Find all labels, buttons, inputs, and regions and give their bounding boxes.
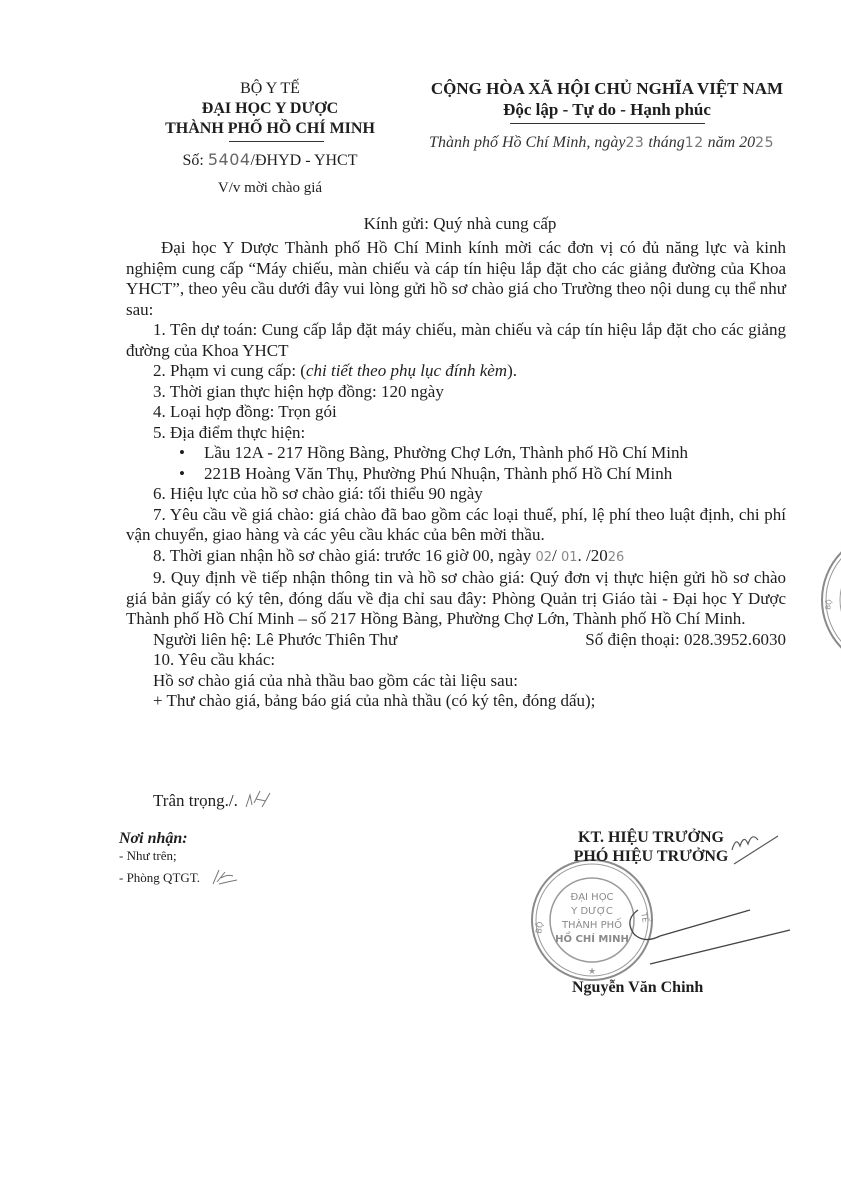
signer-name: Nguyễn Văn Chinh <box>572 979 703 997</box>
seal-line: HỒ CHÍ MINH <box>555 930 629 945</box>
deadline-month: 01 <box>561 550 578 565</box>
contact-row: Người liên hệ: Lê Phước Thiên Thư Số điệ… <box>126 630 786 651</box>
recipient-item: - Phòng QTGT. <box>119 864 239 886</box>
date-month: 12 <box>685 135 704 151</box>
signatory-line2: PHÓ HIỆU TRƯỞNG <box>556 847 746 866</box>
national-motto: Độc lập - Tự do - Hạnh phúc <box>412 99 802 121</box>
document-subject: V/v mời chào giá <box>120 180 420 197</box>
closing-text: Trân trọng./. <box>153 791 238 810</box>
item-3: 3. Thời gian thực hiện hợp đồng: 120 ngà… <box>126 382 786 403</box>
initials-signature-icon <box>244 789 274 809</box>
deadline-year-hand: 26 <box>608 550 625 565</box>
date-year-hand: 25 <box>755 135 774 151</box>
recipient-item: - Như trên; <box>119 847 239 864</box>
seal-line: Y DƯỢC <box>570 906 613 917</box>
item-4: 4. Loại hợp đồng: Trọn gói <box>126 402 786 423</box>
partial-seal: BỘ TH HỒ <box>820 520 841 680</box>
item-8: 8. Thời gian nhận hồ sơ chào giá: trước … <box>126 546 786 569</box>
location-item: Lầu 12A - 217 Hồng Bàng, Phường Chợ Lớn,… <box>179 443 786 464</box>
item-2-suffix: ). <box>507 361 517 380</box>
item-8-prefix: 8. Thời gian nhận hồ sơ chào giá: trước … <box>153 546 531 565</box>
header-divider <box>229 141 324 142</box>
seal-line: THÀNH PHỐ <box>561 917 622 931</box>
recipients-block: Nơi nhận: - Như trên; - Phòng QTGT. <box>119 830 239 886</box>
university-name-line1: ĐẠI HỌC Y DƯỢC <box>120 99 420 119</box>
recipients-title: Nơi nhận: <box>119 830 239 847</box>
letter-body: Đại học Y Dược Thành phố Hồ Chí Minh kín… <box>126 238 786 712</box>
university-name-line2: THÀNH PHỐ HỒ CHÍ MINH <box>120 119 420 139</box>
document-number: Số: 5404/ĐHYD - YHCT <box>120 150 420 171</box>
item-9: 9. Quy định về tiếp nhận thông tin và hồ… <box>126 568 786 630</box>
item-1: 1. Tên dự toán: Cung cấp lắp đặt máy chi… <box>126 320 786 361</box>
seal-line: ĐẠI HỌC <box>570 892 613 903</box>
main-signature-icon <box>620 900 800 970</box>
date-day: 23 <box>626 135 645 151</box>
item-6: 6. Hiệu lực của hồ sơ chào giá: tối thiể… <box>126 484 786 505</box>
closing: Trân trọng./. <box>153 786 274 811</box>
item-2: 2. Phạm vi cung cấp: (chi tiết theo phụ … <box>126 361 786 382</box>
country-name: CỘNG HÒA XÃ HỘI CHỦ NGHĨA VIỆT NAM <box>412 78 802 99</box>
item-2-prefix: 2. Phạm vi cung cấp: ( <box>153 361 306 380</box>
svg-text:BỘ: BỘ <box>823 598 834 610</box>
signature-icon <box>730 826 780 866</box>
contact-person: Người liên hệ: Lê Phước Thiên Thư <box>153 630 397 651</box>
item-7: 7. Yêu cầu về giá chào: giá chào đã bao … <box>126 505 786 546</box>
number-suffix: /ĐHYD - YHCT <box>251 152 358 169</box>
location-list: Lầu 12A - 217 Hồng Bàng, Phường Chợ Lớn,… <box>126 443 786 484</box>
intro-paragraph: Đại học Y Dược Thành phố Hồ Chí Minh kín… <box>126 238 786 320</box>
deadline-year-prefix: /20 <box>586 546 608 565</box>
contact-phone: Số điện thoại: 028.3952.6030 <box>585 630 786 651</box>
salutation: Kính gửi: Quý nhà cung cấp <box>120 214 800 234</box>
motto-divider <box>510 123 705 124</box>
deadline-day: 02 <box>535 550 552 565</box>
number-handwritten: 5404 <box>208 150 251 169</box>
number-prefix: Số: <box>182 152 203 169</box>
date-year-label: năm 20 <box>708 134 756 151</box>
location-item: 221B Hoàng Văn Thụ, Phường Phú Nhuận, Th… <box>179 464 786 485</box>
item-2-italic: chi tiết theo phụ lục đính kèm <box>306 361 507 380</box>
seal-side-text: BỘ <box>532 921 545 935</box>
date-prefix: Thành phố Hồ Chí Minh, ngày <box>429 134 625 151</box>
initials-signature-icon <box>211 868 239 886</box>
recipient-text: - Phòng QTGT. <box>119 870 200 885</box>
document-date: Thành phố Hồ Chí Minh, ngày23 tháng12 nă… <box>412 134 802 152</box>
issuer-header: BỘ Y TẾ ĐẠI HỌC Y DƯỢC THÀNH PHỐ HỒ CHÍ … <box>120 78 420 197</box>
signatory-line1: KT. HIỆU TRƯỞNG <box>556 828 746 847</box>
date-month-label: tháng <box>648 134 684 151</box>
seal-star-icon: ★ <box>588 966 596 976</box>
item-10: 10. Yêu cầu khác: <box>126 650 786 671</box>
item-10-line2: + Thư chào giá, bảng báo giá của nhà thầ… <box>126 691 786 712</box>
national-header: CỘNG HÒA XÃ HỘI CHỦ NGHĨA VIỆT NAM Độc l… <box>412 78 802 152</box>
signatory-title: KT. HIỆU TRƯỞNG PHÓ HIỆU TRƯỞNG <box>556 828 746 866</box>
ministry-name: BỘ Y TẾ <box>120 78 420 99</box>
item-5: 5. Địa điểm thực hiện: <box>126 423 786 444</box>
item-10-line1: Hồ sơ chào giá của nhà thầu bao gồm các … <box>126 671 786 692</box>
